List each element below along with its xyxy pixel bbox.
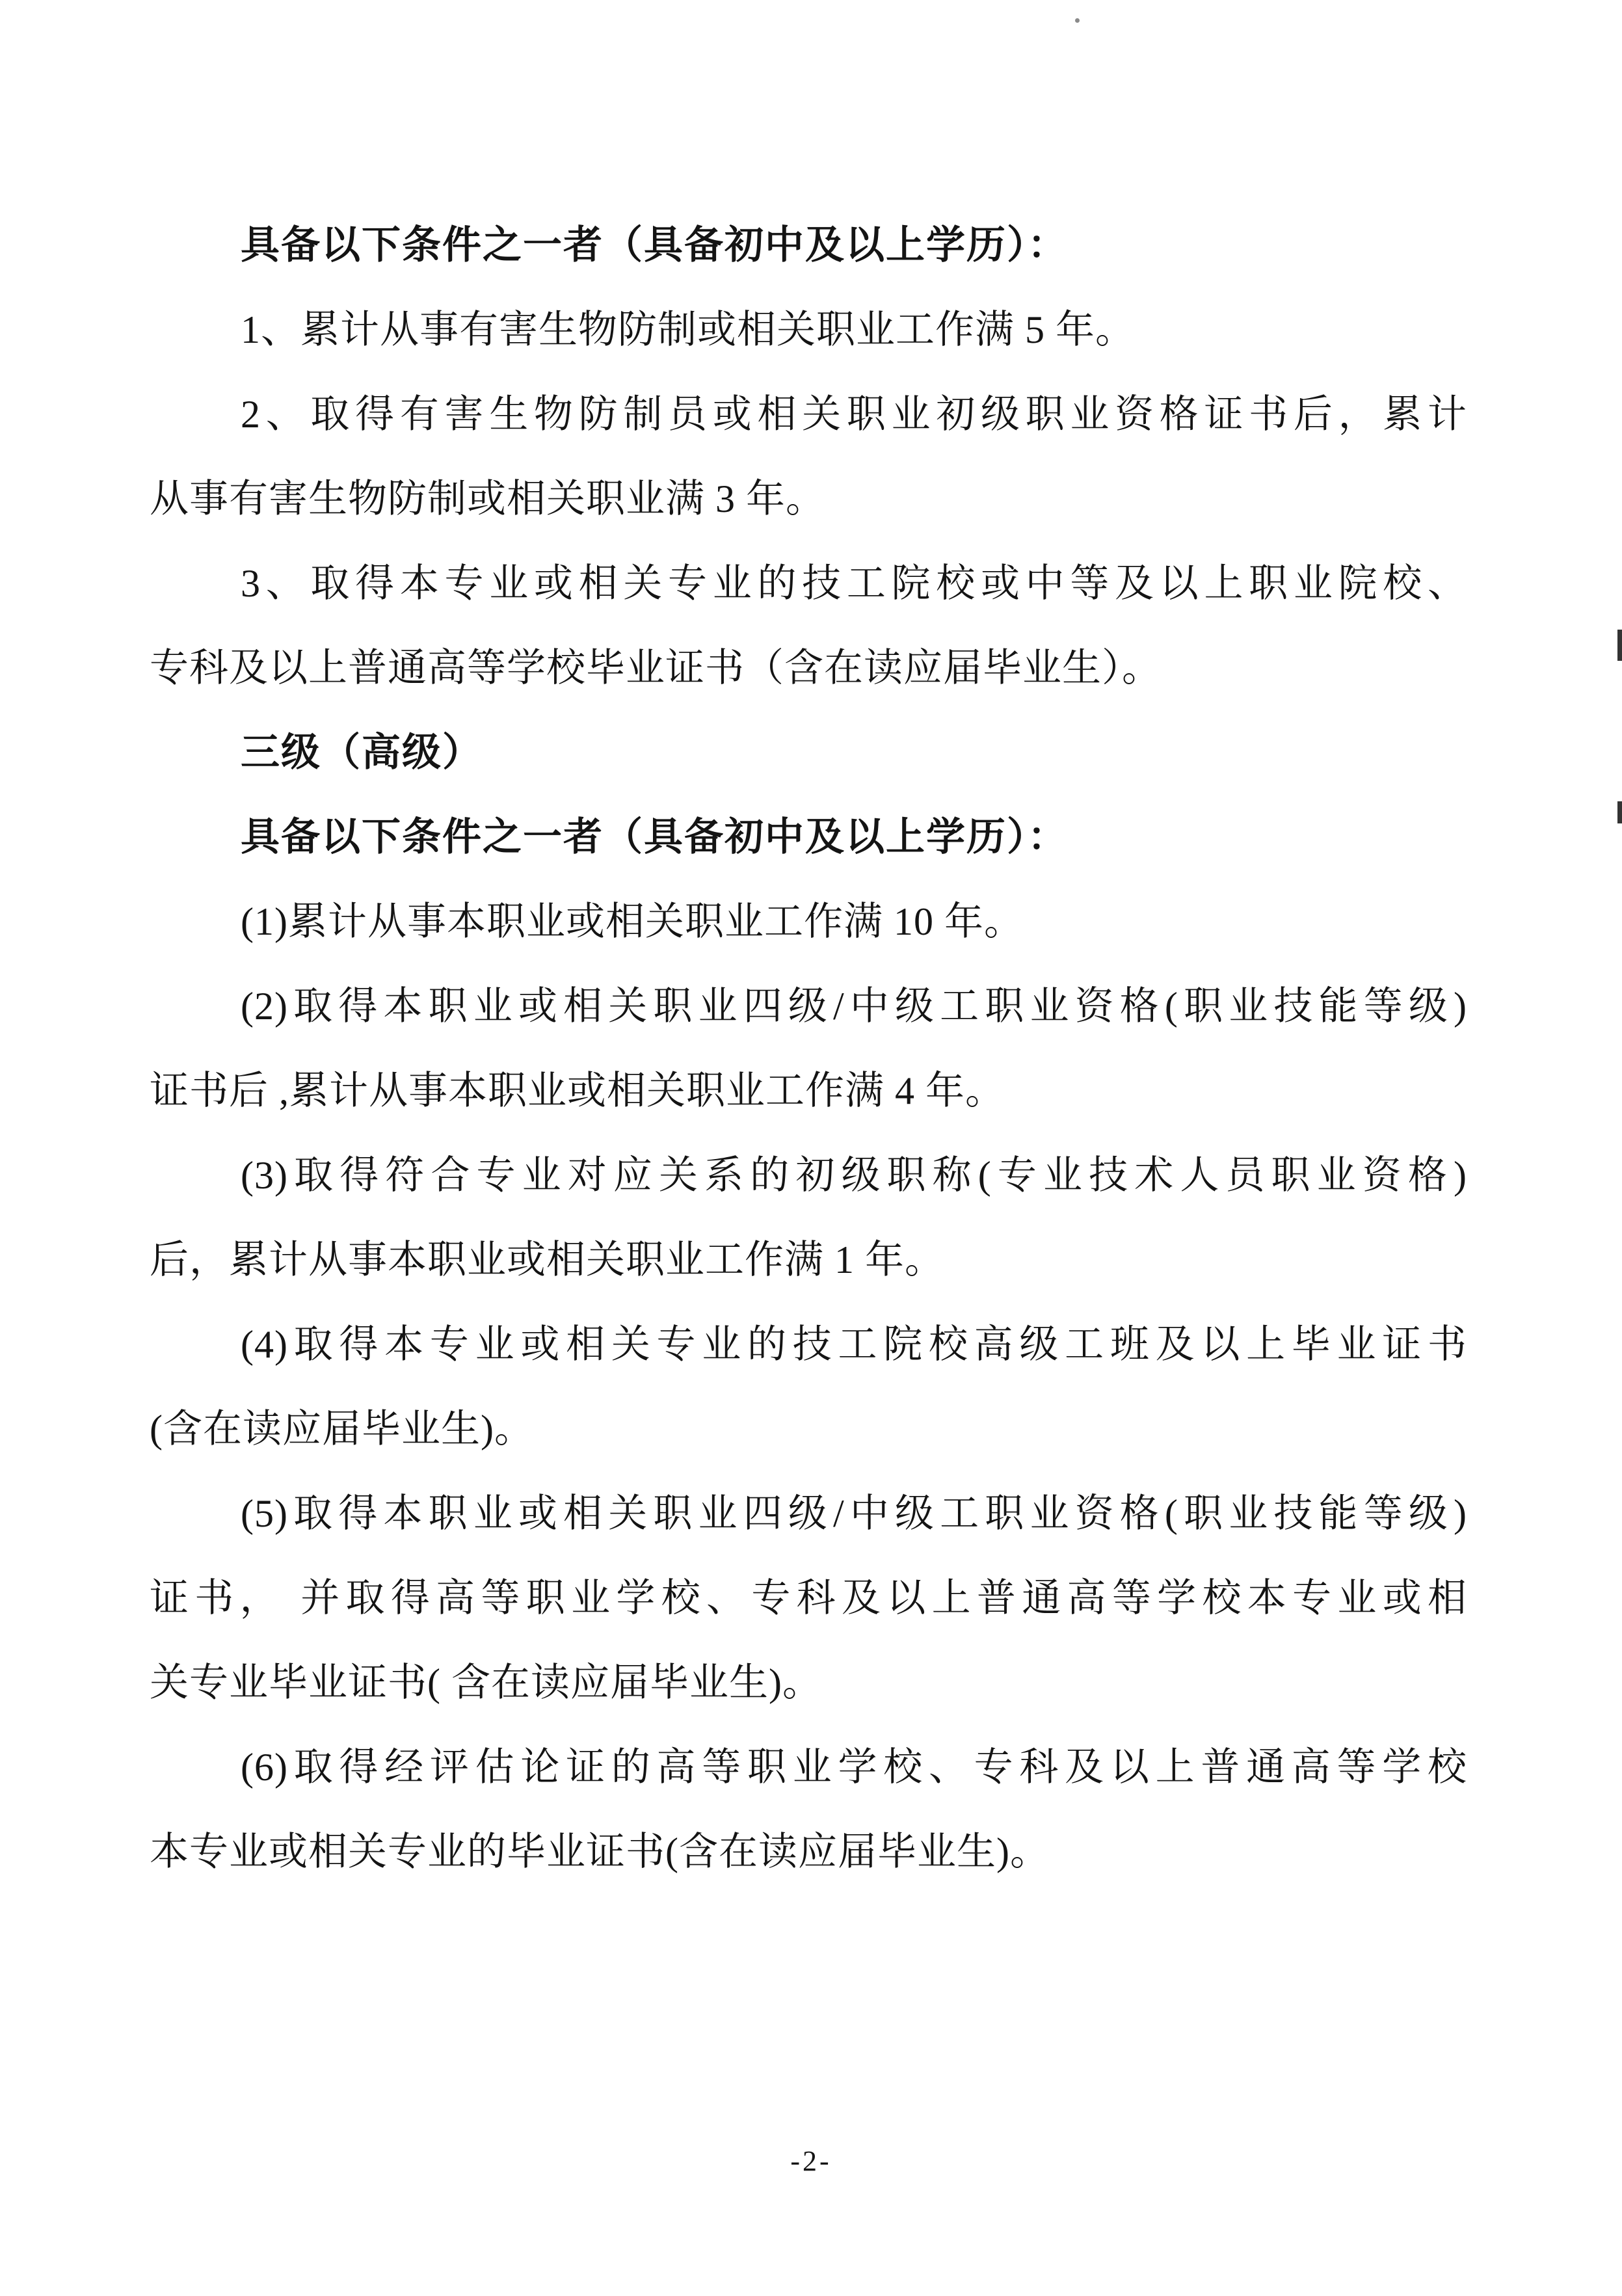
text-line: 3、取得本专业或相关专业的技工院校或中等及以上职业院校、 bbox=[150, 541, 1467, 626]
text-line: 证书， 并取得高等职业学校、专科及以上普通高等学校本专业或相 bbox=[150, 1556, 1467, 1640]
text-line: 关专业毕业证书( 含在读应届毕业生)。 bbox=[150, 1640, 1467, 1725]
text-line: 本专业或相关专业的毕业证书(含在读应届毕业生)。 bbox=[150, 1809, 1467, 1894]
text-line: 具备以下条件之一者（具备初中及以上学历）： bbox=[150, 203, 1467, 287]
scan-artifact-tick bbox=[1617, 801, 1622, 823]
text-line: (6)取得经评估论证的高等职业学校、专科及以上普通高等学校 bbox=[150, 1725, 1467, 1809]
text-line: (5)取得本职业或相关职业四级/中级工职业资格(职业技能等级) bbox=[150, 1471, 1467, 1556]
text-line: 2、取得有害生物防制员或相关职业初级职业资格证书后，累计 bbox=[150, 372, 1467, 457]
text-line: 从事有害生物防制或相关职业满 3 年。 bbox=[150, 457, 1467, 541]
text-line: (3)取得符合专业对应关系的初级职称(专业技术人员职业资格) bbox=[150, 1133, 1467, 1218]
text-line: (2)取得本职业或相关职业四级/中级工职业资格(职业技能等级) bbox=[150, 964, 1467, 1048]
text-line: 证书后 ,累计从事本职业或相关职业工作满 4 年。 bbox=[150, 1048, 1467, 1133]
text-line: 后，累计从事本职业或相关职业工作满 1 年。 bbox=[150, 1218, 1467, 1302]
text-line: 1、累计从事有害生物防制或相关职业工作满 5 年。 bbox=[150, 287, 1467, 372]
document-page: 具备以下条件之一者（具备初中及以上学历）：1、累计从事有害生物防制或相关职业工作… bbox=[0, 0, 1622, 2296]
scan-artifact-tick bbox=[1617, 630, 1622, 661]
document-body: 具备以下条件之一者（具备初中及以上学历）：1、累计从事有害生物防制或相关职业工作… bbox=[150, 203, 1467, 1894]
text-line: (1)累计从事本职业或相关职业工作满 10 年。 bbox=[150, 879, 1467, 964]
page-number: -2- bbox=[0, 2145, 1622, 2178]
text-line: 具备以下条件之一者（具备初中及以上学历）： bbox=[150, 795, 1467, 879]
text-line: (4)取得本专业或相关专业的技工院校高级工班及以上毕业证书 bbox=[150, 1302, 1467, 1387]
text-line: (含在读应届毕业生)。 bbox=[150, 1387, 1467, 1471]
scan-artifact-dot bbox=[1075, 18, 1080, 23]
text-line: 专科及以上普通高等学校毕业证书（含在读应届毕业生）。 bbox=[150, 626, 1467, 710]
text-line: 三级（高级） bbox=[150, 710, 1467, 795]
